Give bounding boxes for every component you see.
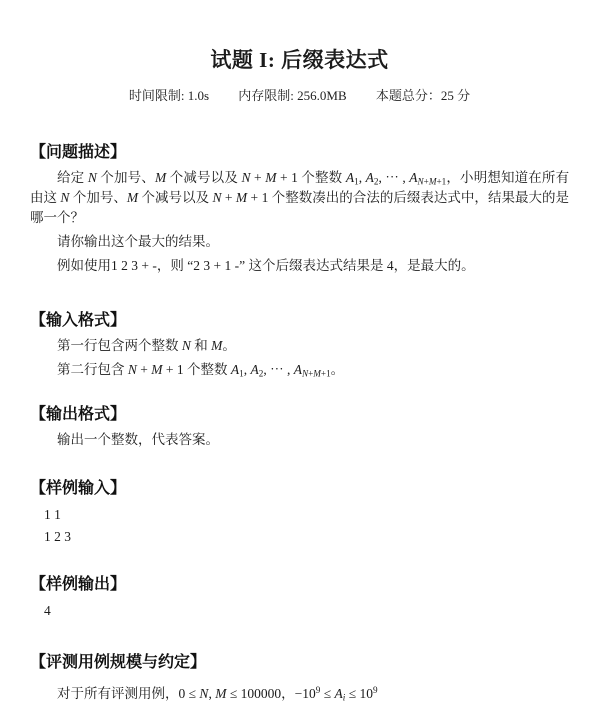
paragraph-description-2: 请你输出这个最大的结果。 [30, 232, 569, 252]
paragraph-input-1: 第一行包含两个整数 N 和 M。 [30, 336, 569, 356]
sample-input-line-2: 1 2 3 [44, 526, 569, 548]
sample-output-block: 4 [30, 600, 569, 622]
paragraph-output-1: 输出一个整数，代表答案。 [30, 430, 569, 450]
paragraph-constraints-1: 对于所有评测用例，0 ≤ N, M ≤ 100000，−109 ≤ Ai ≤ 1… [30, 684, 569, 704]
section-heading-constraints: 【评测用例规模与约定】 [30, 652, 569, 674]
paragraph-description-3: 例如使用1 2 3 + -，则 “2 3 + 1 -” 这个后缀表达式结果是 4… [30, 256, 569, 276]
page-title: 试题 I: 后缀表达式 [30, 46, 569, 74]
sample-input-block: 1 1 1 2 3 [30, 504, 569, 548]
paragraph-description-1: 给定 N 个加号、M 个减号以及 N + M + 1 个整数 A1, A2, ⋯… [30, 168, 569, 228]
problem-meta: 时间限制: 1.0s 内存限制: 256.0MB 本题总分：25 分 [30, 87, 569, 105]
time-limit: 时间限制: 1.0s [129, 87, 209, 105]
sample-input-line-1: 1 1 [44, 504, 569, 526]
section-heading-sample-output: 【样例输出】 [30, 574, 569, 596]
sample-output-line-1: 4 [44, 600, 569, 622]
section-heading-sample-input: 【样例输入】 [30, 478, 569, 500]
memory-limit: 内存限制: 256.0MB [238, 87, 346, 105]
problem-statement-page: 试题 I: 后缀表达式 时间限制: 1.0s 内存限制: 256.0MB 本题总… [0, 0, 599, 721]
section-heading-problem-description: 【问题描述】 [30, 142, 569, 164]
paragraph-input-2: 第二行包含 N + M + 1 个整数 A1, A2, ⋯ , AN+M+1。 [30, 360, 569, 380]
section-heading-input-format: 【输入格式】 [30, 310, 569, 332]
total-score: 本题总分：25 分 [376, 87, 470, 105]
section-heading-output-format: 【输出格式】 [30, 404, 569, 426]
